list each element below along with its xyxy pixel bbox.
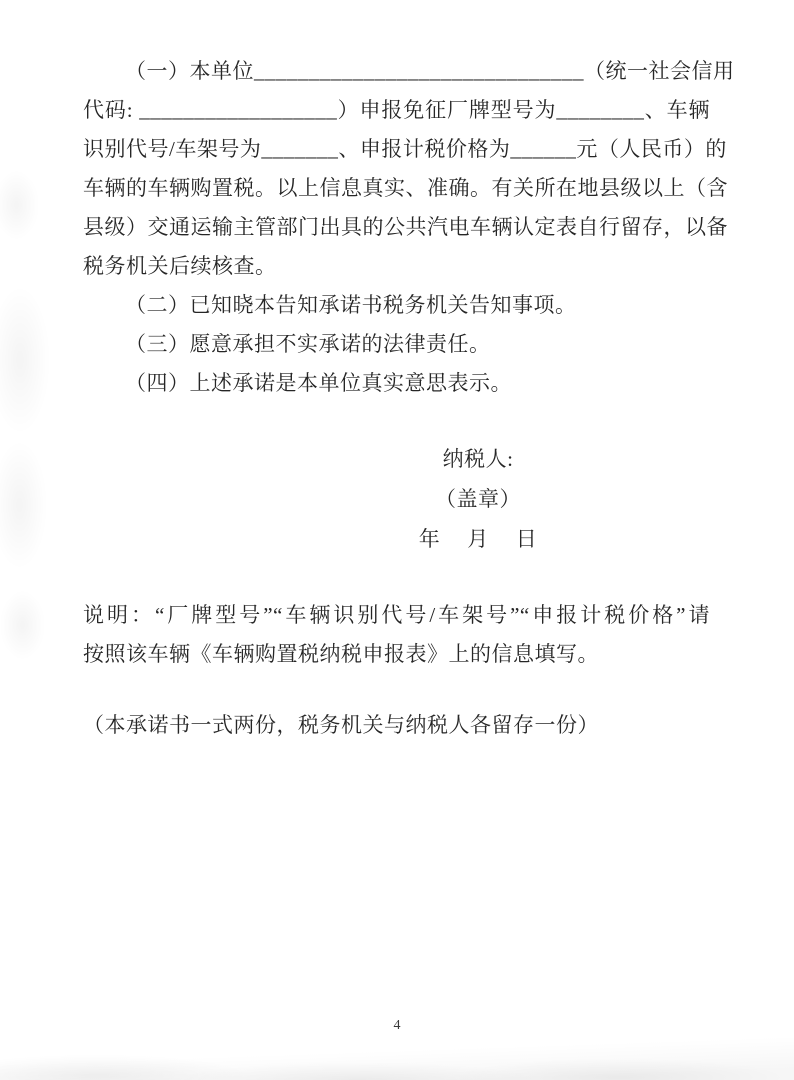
text-line: 代码: __________________）申报免征厂牌型号为________…	[83, 91, 710, 130]
date-line: 年 月 日	[378, 519, 578, 559]
text-line: 识别代号/车架号为_______、申报计税价格为______元（人民币）的	[83, 130, 710, 169]
scan-bleedthrough-smudge	[0, 590, 45, 660]
date-day-label: 日	[516, 519, 538, 559]
taxpayer-label: 纳税人:	[378, 439, 578, 479]
seal-label: （盖章）	[378, 479, 578, 519]
text-line: 车辆的车辆购置税。以上信息真实、准确。有关所在地县级以上（含	[83, 169, 710, 208]
clause-3: （三）愿意承担不实承诺的法律责任。	[83, 325, 710, 364]
copies-note: （本承诺书一式两份，税务机关与纳税人各留存一份）	[83, 706, 710, 745]
document-body: （一）本单位______________________________（统一社…	[0, 0, 794, 745]
scan-bleedthrough-smudge	[0, 285, 50, 435]
text-line: 税务机关后续核查。	[83, 247, 710, 286]
clause-1-paragraph: （一）本单位______________________________（统一社…	[83, 52, 710, 286]
scan-bleedthrough-smudge	[0, 170, 39, 240]
page-number: 4	[0, 1018, 794, 1034]
document-page: （一）本单位______________________________（统一社…	[0, 0, 794, 1080]
clause-4: （四）上述承诺是本单位真实意思表示。	[83, 364, 710, 403]
text-line: 按照该车辆《车辆购置税纳税申报表》上的信息填写。	[83, 635, 710, 674]
clause-2: （二）已知晓本告知承诺书税务机关告知事项。	[83, 286, 710, 325]
scan-edge-shading	[0, 1034, 794, 1080]
explanation-note: 说明：“厂牌型号”“车辆识别代号/车架号”“申报计税价格”请按照该车辆《车辆购置…	[83, 596, 710, 674]
scan-bleedthrough-smudge	[0, 440, 47, 570]
date-year-label: 年	[419, 519, 441, 559]
text-line: 说明：“厂牌型号”“车辆识别代号/车架号”“申报计税价格”请	[83, 596, 710, 635]
text-line: 县级）交通运输主管部门出具的公共汽电车辆认定表自行留存，以备	[83, 208, 710, 247]
text-line: （一）本单位______________________________（统一社…	[83, 52, 710, 91]
signature-block: 纳税人: （盖章） 年 月 日	[378, 439, 578, 559]
date-month-label: 月	[467, 519, 489, 559]
